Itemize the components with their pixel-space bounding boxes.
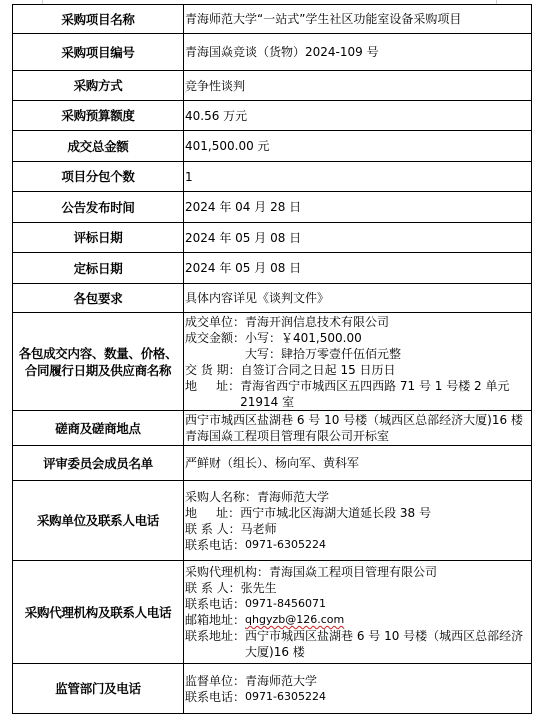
row-label: 公告发布时间 — [13, 192, 184, 223]
field-key: 联系电话： — [185, 537, 245, 553]
field-key: 邮箱地址： — [185, 612, 245, 628]
field-value: 马老师 — [241, 521, 531, 537]
row-value: 2024 年 05 月 08 日 — [184, 253, 532, 284]
row-label: 采购代理机构及联系人电话 — [13, 561, 184, 664]
committee-row: 评审委员会成员名单 严鲜财（组长）、杨向军、黄科军 — [13, 446, 532, 481]
field-key: 联系电话： — [185, 689, 245, 705]
field-value: 0971-6305224 — [245, 689, 531, 705]
award-unit: 成交单位： 青海开润信息技术有限公司 — [185, 314, 531, 330]
row-label: 成交总金额 — [13, 131, 184, 162]
row-value: 严鲜财（组长）、杨向军、黄科军 — [184, 446, 532, 481]
field-value: 小写：￥401,500.00 — [245, 330, 531, 346]
purchaser-address: 地 址： 西宁市城北区海湖大道延长段 38 号 — [185, 505, 531, 521]
purchaser-row: 采购单位及联系人电话 采购人名称： 青海师范大学 地 址： 西宁市城北区海湖大道… — [13, 481, 532, 561]
field-value: 西宁市城北区海湖大道延长段 38 号 — [240, 505, 531, 521]
table-row: 评标日期 2024 年 05 月 08 日 — [13, 223, 532, 253]
supervisor-row: 监管部门及电话 监督单位： 青海师范大学 联系电话： 0971-6305224 — [13, 664, 532, 714]
award-details: 成交单位： 青海开润信息技术有限公司 成交金额： 小写：￥401,500.00 … — [184, 313, 532, 411]
field-key: 地 址： — [185, 378, 240, 410]
field-value: 青海省西宁市城西区五四西路 71 号 1 号楼 2 单元 21914 室 — [240, 378, 531, 410]
table-row: 采购项目编号 青海国焱竞谈（货物）2024-109 号 — [13, 34, 532, 71]
agency-details: 采购代理机构： 青海国焱工程项目管理有限公司 联 系 人： 张先生 联系电话： … — [184, 561, 532, 664]
agency-name: 采购代理机构： 青海国焱工程项目管理有限公司 — [185, 564, 531, 580]
field-key: 交 货 期： — [185, 362, 241, 378]
row-label: 定标日期 — [13, 253, 184, 284]
field-key: 联系地址： — [185, 628, 245, 660]
field-key: 监督单位： — [185, 673, 245, 689]
award-amount-big: 大写：肆拾万零壹仟伍佰元整 — [185, 346, 531, 362]
row-value: 2024 年 05 月 08 日 — [184, 223, 532, 253]
field-value: 青海师范大学 — [257, 489, 531, 505]
field-key: 联 系 人： — [185, 521, 241, 537]
row-label: 评审委员会成员名单 — [13, 446, 184, 481]
row-label: 采购项目编号 — [13, 34, 184, 71]
field-value: 0971-6305224 — [245, 537, 531, 553]
row-label: 采购单位及联系人电话 — [13, 481, 184, 561]
agency-row: 采购代理机构及联系人电话 采购代理机构： 青海国焱工程项目管理有限公司 联 系 … — [13, 561, 532, 664]
field-value: 青海开润信息技术有限公司 — [245, 314, 531, 330]
row-value: 401,500.00 元 — [184, 131, 532, 162]
row-label: 采购预算额度 — [13, 101, 184, 131]
row-label: 项目分包个数 — [13, 162, 184, 192]
table-row: 公告发布时间 2024 年 04 月 28 日 — [13, 192, 532, 223]
supervisor-unit: 监督单位： 青海师范大学 — [185, 673, 531, 689]
award-row: 各包成交内容、数量、价格、 合同履行日期及供应商名称 成交单位： 青海开润信息技… — [13, 313, 532, 411]
supervisor-details: 监督单位： 青海师范大学 联系电话： 0971-6305224 — [184, 664, 532, 714]
row-label: 磋商及磋商地点 — [13, 411, 184, 446]
row-value: 青海国焱竞谈（货物）2024-109 号 — [184, 34, 532, 71]
field-value: 西宁市城西区盐湖巷 6 号 10 号楼（城西区总部经济大厦)16 楼 — [245, 628, 531, 660]
email-value: qhgyzb@126.com — [245, 613, 344, 626]
field-value: 张先生 — [241, 580, 531, 596]
agency-phone: 联系电话： 0971-8456071 — [185, 596, 531, 612]
row-label: 各包要求 — [13, 284, 184, 313]
row-value: 40.56 万元 — [184, 101, 532, 131]
row-label: 采购方式 — [13, 71, 184, 101]
row-value: 2024 年 04 月 28 日 — [184, 192, 532, 223]
agency-address: 联系地址： 西宁市城西区盐湖巷 6 号 10 号楼（城西区总部经济大厦)16 楼 — [185, 628, 531, 660]
purchaser-details: 采购人名称： 青海师范大学 地 址： 西宁市城北区海湖大道延长段 38 号 联 … — [184, 481, 532, 561]
award-label: 各包成交内容、数量、价格、 合同履行日期及供应商名称 — [13, 313, 184, 411]
field-value: 自签订合同之日起 15 日历日 — [241, 362, 531, 378]
agency-contact: 联 系 人： 张先生 — [185, 580, 531, 596]
field-key: 采购代理机构： — [185, 564, 269, 580]
table-row: 采购预算额度 40.56 万元 — [13, 101, 532, 131]
field-key: 成交金额： — [185, 330, 245, 346]
negotiation-row: 磋商及磋商地点 西宁市城西区盐湖巷 6 号 10 号楼（城西区总部经济大厦)16… — [13, 411, 532, 446]
table-row: 采购方式 竞争性谈判 — [13, 71, 532, 101]
field-value: 青海师范大学 — [245, 673, 531, 689]
table-row: 各包要求 具体内容详见《谈判文件》 — [13, 284, 532, 313]
award-label-line2: 合同履行日期及供应商名称 — [13, 362, 183, 379]
purchaser-name: 采购人名称： 青海师范大学 — [185, 489, 531, 505]
procurement-result-table: 采购项目名称 青海师范大学“一站式”学生社区功能室设备采购项目 采购项目编号 青… — [12, 4, 532, 714]
field-key: 地 址： — [185, 505, 240, 521]
row-value: 竞争性谈判 — [184, 71, 532, 101]
table-row: 采购项目名称 青海师范大学“一站式”学生社区功能室设备采购项目 — [13, 5, 532, 34]
award-delivery: 交 货 期： 自签订合同之日起 15 日历日 — [185, 362, 531, 378]
table-row: 成交总金额 401,500.00 元 — [13, 131, 532, 162]
table-row: 定标日期 2024 年 05 月 08 日 — [13, 253, 532, 284]
field-key: 联 系 人： — [185, 580, 241, 596]
field-key: 采购人名称： — [185, 489, 257, 505]
table-row: 项目分包个数 1 — [13, 162, 532, 192]
purchaser-contact: 联 系 人： 马老师 — [185, 521, 531, 537]
field-value: 0971-8456071 — [245, 596, 531, 612]
purchaser-phone: 联系电话： 0971-6305224 — [185, 537, 531, 553]
row-label: 采购项目名称 — [13, 5, 184, 34]
row-value: 1 — [184, 162, 532, 192]
row-value: 西宁市城西区盐湖巷 6 号 10 号楼（城西区总部经济大厦)16 楼青海国焱工程… — [184, 411, 532, 446]
field-key: 成交单位： — [185, 314, 245, 330]
supervisor-phone: 联系电话： 0971-6305224 — [185, 689, 531, 705]
row-value: 青海师范大学“一站式”学生社区功能室设备采购项目 — [184, 5, 532, 34]
row-value: 具体内容详见《谈判文件》 — [184, 284, 532, 313]
field-value: 青海国焱工程项目管理有限公司 — [269, 564, 531, 580]
award-label-line1: 各包成交内容、数量、价格、 — [13, 345, 183, 362]
award-amount: 成交金额： 小写：￥401,500.00 — [185, 330, 531, 346]
field-key: 联系电话： — [185, 596, 245, 612]
award-address: 地 址： 青海省西宁市城西区五四西路 71 号 1 号楼 2 单元 21914 … — [185, 378, 531, 410]
row-label: 监管部门及电话 — [13, 664, 184, 714]
agency-email: 邮箱地址： qhgyzb@126.com — [185, 612, 531, 628]
row-label: 评标日期 — [13, 223, 184, 253]
